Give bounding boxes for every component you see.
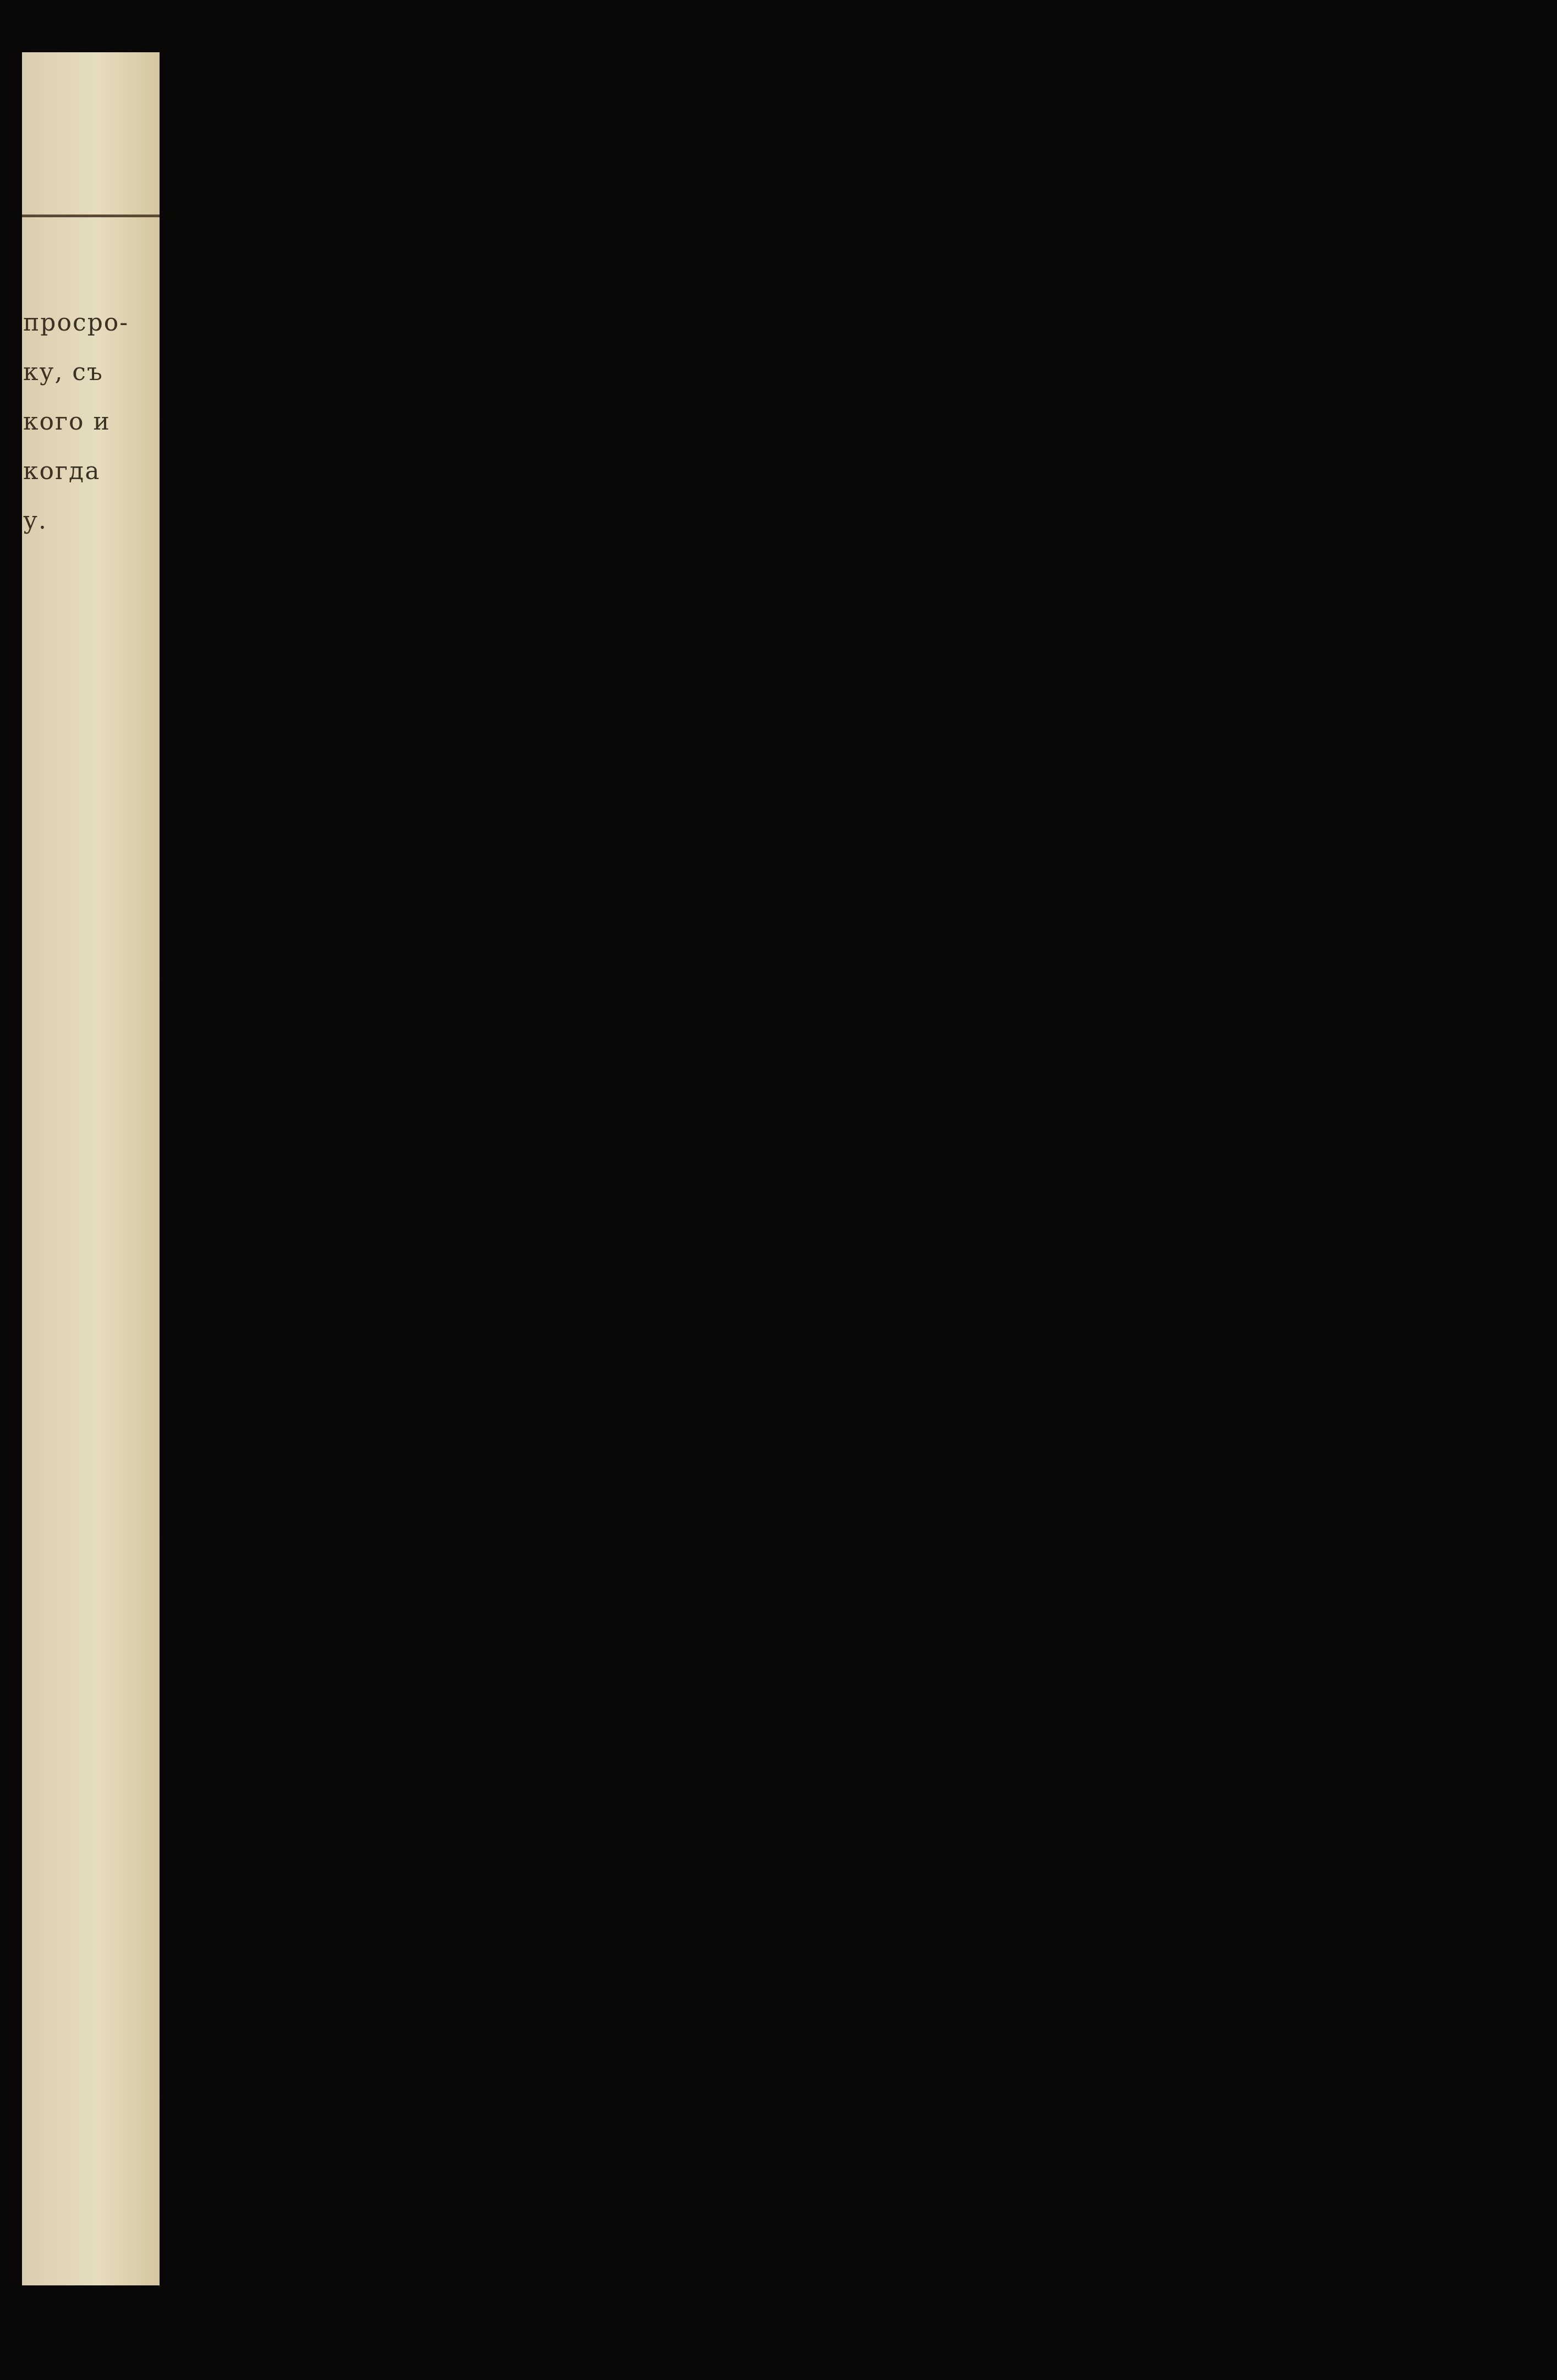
strip-fragment: когда [23, 459, 100, 483]
strip-fragment: кого и [23, 410, 111, 434]
strip-fragment: ку, съ [23, 360, 103, 384]
strip-fragment: у. [23, 509, 47, 533]
underlying-page-strip: просро- ку, съ кого и когда у. [22, 52, 160, 2285]
strip-top-rule [22, 215, 160, 217]
strip-fragment: просро- [23, 311, 129, 335]
